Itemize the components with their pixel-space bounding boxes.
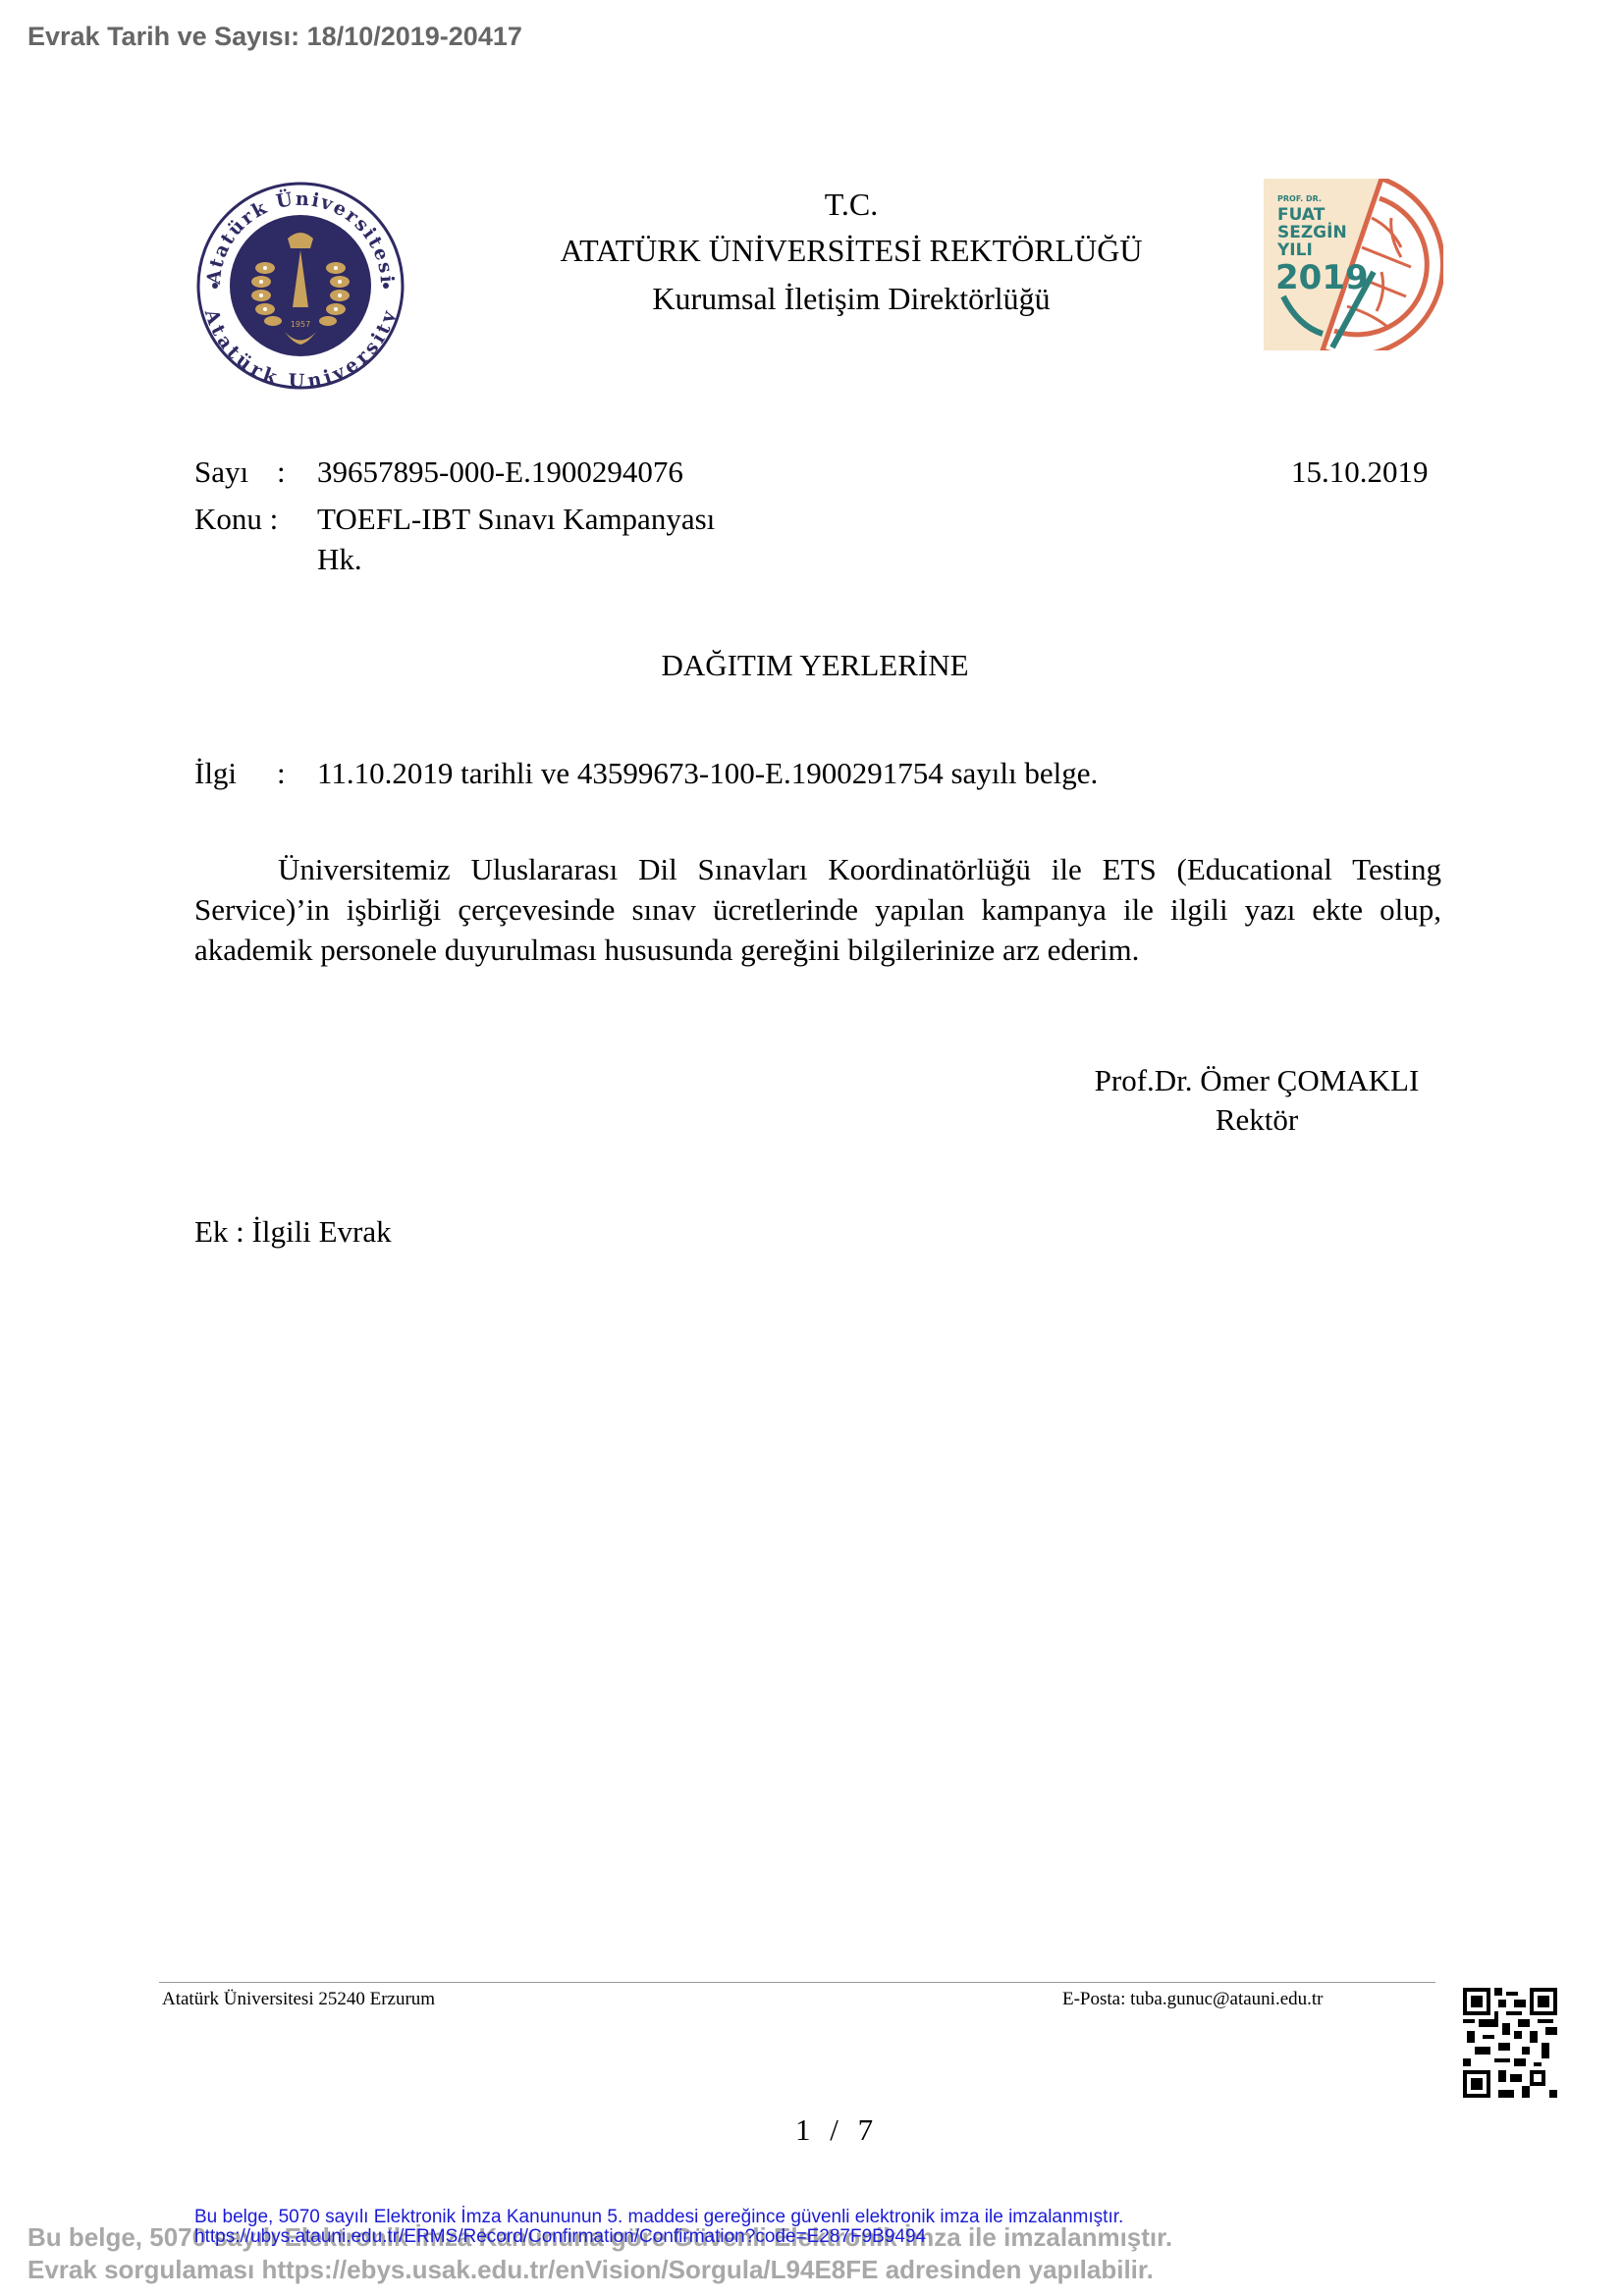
svg-text:2019: 2019 [1275,258,1369,297]
body-paragraph: Üniversitemiz Uluslararası Dil Sınavları… [194,849,1441,970]
signatory-name: Prof.Dr. Ömer ÇOMAKLI [1070,1061,1443,1100]
svg-text:SEZGİN: SEZGİN [1277,221,1347,242]
svg-text:YILI: YILI [1276,240,1313,260]
sayi-value: 39657895-000-E.1900294076 [317,454,683,490]
page-separator: / [830,2112,839,2147]
signatory-title: Rektör [1070,1100,1443,1140]
footer-divider [159,1982,1435,1983]
konu-value: TOEFL-IBT Sınavı Kampanyası [317,502,715,537]
footer-address: Atatürk Üniversitesi 25240 Erzurum [162,1989,435,2010]
svg-text:PROF. DR.: PROF. DR. [1277,194,1322,203]
verification-link[interactable]: https://ubys.atauni.edu.tr/ERMS/Record/C… [194,2226,926,2247]
header-tc: T.C. [409,187,1293,223]
header-directorate: Kurumsal İletişim Direktörlüğü [409,281,1293,317]
signature-block: Prof.Dr. Ömer ÇOMAKLI Rektör [1070,1061,1443,1140]
ilgi-colon: : [277,756,286,791]
konu-label: Konu : [194,502,278,537]
footer-email[interactable]: E-Posta: tuba.gunuc@atauni.edu.tr [1062,1989,1324,2010]
konu-value-line2: Hk. [317,542,362,577]
sayi-colon: : [277,454,286,490]
page-total: 7 [858,2112,874,2147]
sayi-label: Sayı [194,454,248,490]
e-signature-note: Bu belge, 5070 sayılı Elektronik İmza Ka… [194,2208,1123,2247]
document-date: 15.10.2019 [1291,454,1429,490]
ataturk-university-seal-logo: Atatürk Üniversitesi Atatürk University … [194,180,406,392]
page-indicator: 1 / 7 [795,2112,873,2148]
qr-code-icon[interactable] [1463,1988,1557,2098]
e-signature-statement: Bu belge, 5070 sayılı Elektronik İmza Ka… [194,2208,1123,2227]
ilgi-label: İlgi [194,756,237,791]
body-paragraph-container: Üniversitemiz Uluslararası Dil Sınavları… [194,849,1441,970]
gray-stamp-line2: Evrak sorgulaması https://ebys.usak.edu.… [27,2254,1172,2286]
document-date-number-stamp: Evrak Tarih ve Sayısı: 18/10/2019-20417 [27,22,522,52]
svg-text:1957: 1957 [291,320,310,329]
page-current: 1 [795,2112,811,2147]
fuat-sezgin-year-logo: PROF. DR. FUAT SEZGİN YILI 2019 [1264,179,1443,350]
recipient-heading: DAĞITIM YERLERİNE [550,648,1080,683]
attachment-note: Ek : İlgili Evrak [194,1214,392,1250]
header-university-name: ATATÜRK ÜNİVERSİTESİ REKTÖRLÜĞÜ [409,233,1293,269]
ilgi-value: 11.10.2019 tarihli ve 43599673-100-E.190… [317,756,1098,791]
svg-text:FUAT: FUAT [1277,205,1325,225]
